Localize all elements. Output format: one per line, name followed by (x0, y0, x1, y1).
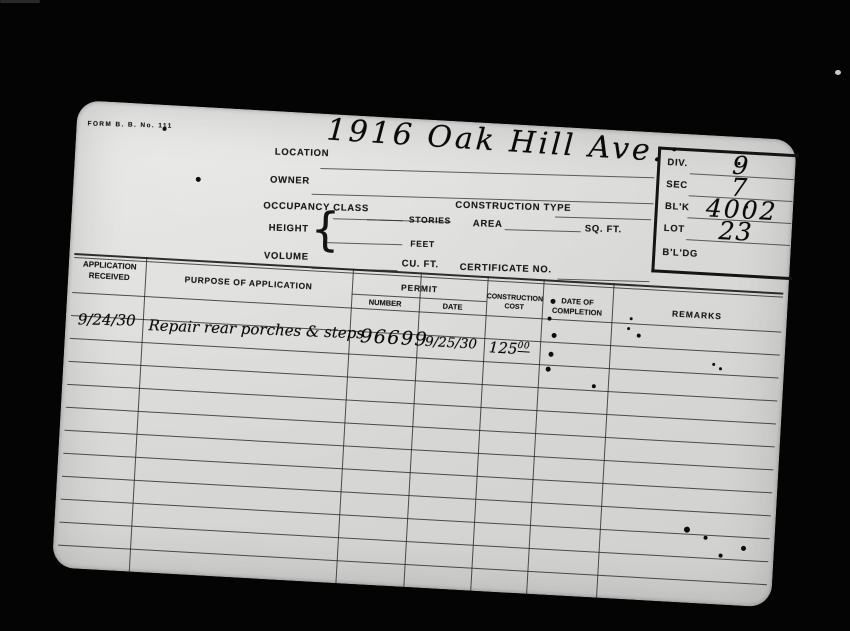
stories-label: STORIES (409, 214, 451, 225)
ruled-line (68, 361, 777, 402)
construction-type-blank-line (555, 217, 651, 221)
ink-speck (712, 363, 715, 366)
scan-smudge (0, 0, 40, 3)
area-label: AREA (473, 218, 503, 230)
column-line (335, 269, 354, 584)
owner-label: OWNER (270, 175, 310, 187)
ruled-line (63, 453, 772, 494)
permit-record-card: FORM B. B. No. 111 LOCATION OWNER OCCUPA… (52, 100, 797, 607)
scanned-document-stage: FORM B. B. No. 111 LOCATION OWNER OCCUPA… (0, 0, 850, 631)
construction-type-label: CONSTRUCTION TYPE (455, 200, 571, 214)
div-label: DIV. (667, 157, 688, 169)
stories-blank-line (333, 218, 403, 221)
ruled-line (65, 430, 774, 471)
feet-label: FEET (410, 238, 435, 249)
volume-label: VOLUME (264, 250, 309, 262)
column-line (470, 276, 489, 591)
dust-speck (835, 70, 841, 75)
sq-ft-label: SQ. FT. (585, 223, 622, 235)
location-blank-line (320, 168, 654, 178)
location-label: LOCATION (275, 147, 330, 160)
permit-table: APPLICATION RECEIVED PURPOSE OF APPLICAT… (57, 253, 783, 607)
entry-purpose: Repair rear porches & steps (148, 316, 364, 342)
column-line (129, 257, 148, 572)
sec-label: SEC (666, 179, 688, 191)
cu-ft-label: CU. FT. (402, 258, 439, 270)
blk-label: BL'K (665, 201, 690, 213)
entry-permit-date: 9/25/30 (420, 333, 483, 352)
parcel-info-box: DIV. 9 SEC 7 BL'K 4002 LOT 23 B'L'DG (651, 146, 799, 280)
cost-cents: 00 (517, 341, 530, 353)
certificate-no-label: CERTIFICATE NO. (459, 262, 551, 276)
ink-speck (737, 162, 740, 165)
ruled-line (62, 476, 771, 517)
header-purpose: PURPOSE OF APPLICATION (145, 272, 352, 295)
ruled-line (59, 522, 768, 563)
column-line (403, 272, 422, 587)
height-label: HEIGHT (269, 223, 309, 235)
ruled-line (67, 384, 776, 425)
area-blank-line (505, 229, 581, 232)
bldg-label: B'L'DG (662, 247, 698, 260)
form-number: FORM B. B. No. 111 (87, 120, 172, 129)
entry-construction-cost: 12500 (488, 338, 530, 358)
column-line (596, 283, 615, 598)
header-construction-cost: CONSTRUCTION COST (486, 292, 543, 314)
entry-permit-number: 96699 (360, 325, 429, 351)
cost-dollars: 125 (488, 338, 518, 358)
ruled-line (66, 407, 775, 448)
ink-speck (630, 317, 633, 320)
ruled-line (58, 545, 767, 586)
column-line (526, 279, 545, 594)
lot-label: LOT (663, 223, 685, 235)
header-application-received: APPLICATION RECEIVED (73, 259, 146, 285)
height-brace: { (310, 202, 341, 257)
ruled-line (61, 499, 770, 540)
entry-received-date: 9/24/30 (71, 310, 143, 330)
